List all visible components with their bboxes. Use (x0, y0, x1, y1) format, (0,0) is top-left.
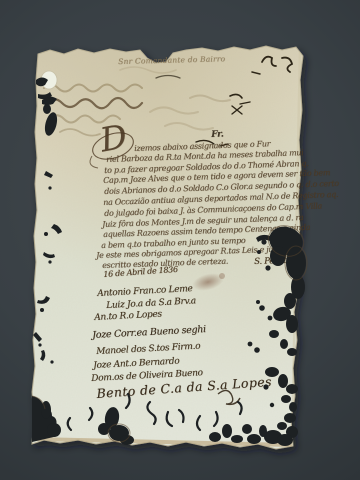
signature: Joze Ant.o Bernardo (93, 356, 180, 370)
handwriting-layer: Snr Comandante do Bairro Fr. D izemos ab… (0, 0, 360, 480)
signature: Manoel dos S.tos Firm.o (96, 342, 200, 357)
signature: An.to R.o Lopes (94, 309, 162, 323)
signature: Luiz Jo.a da S.a Brv.a (106, 296, 196, 311)
manuscript-photo: Snr Comandante do Bairro Fr. D izemos ab… (0, 0, 360, 480)
illuminated-initial: D (98, 121, 129, 155)
signature: Joze Corr.ea Bueno seghi (92, 324, 206, 341)
closing-place: S. Pedro (254, 256, 288, 267)
document-header: Snr Comandante do Bairro (118, 54, 225, 66)
marginal-mark: Fr. (211, 130, 224, 140)
